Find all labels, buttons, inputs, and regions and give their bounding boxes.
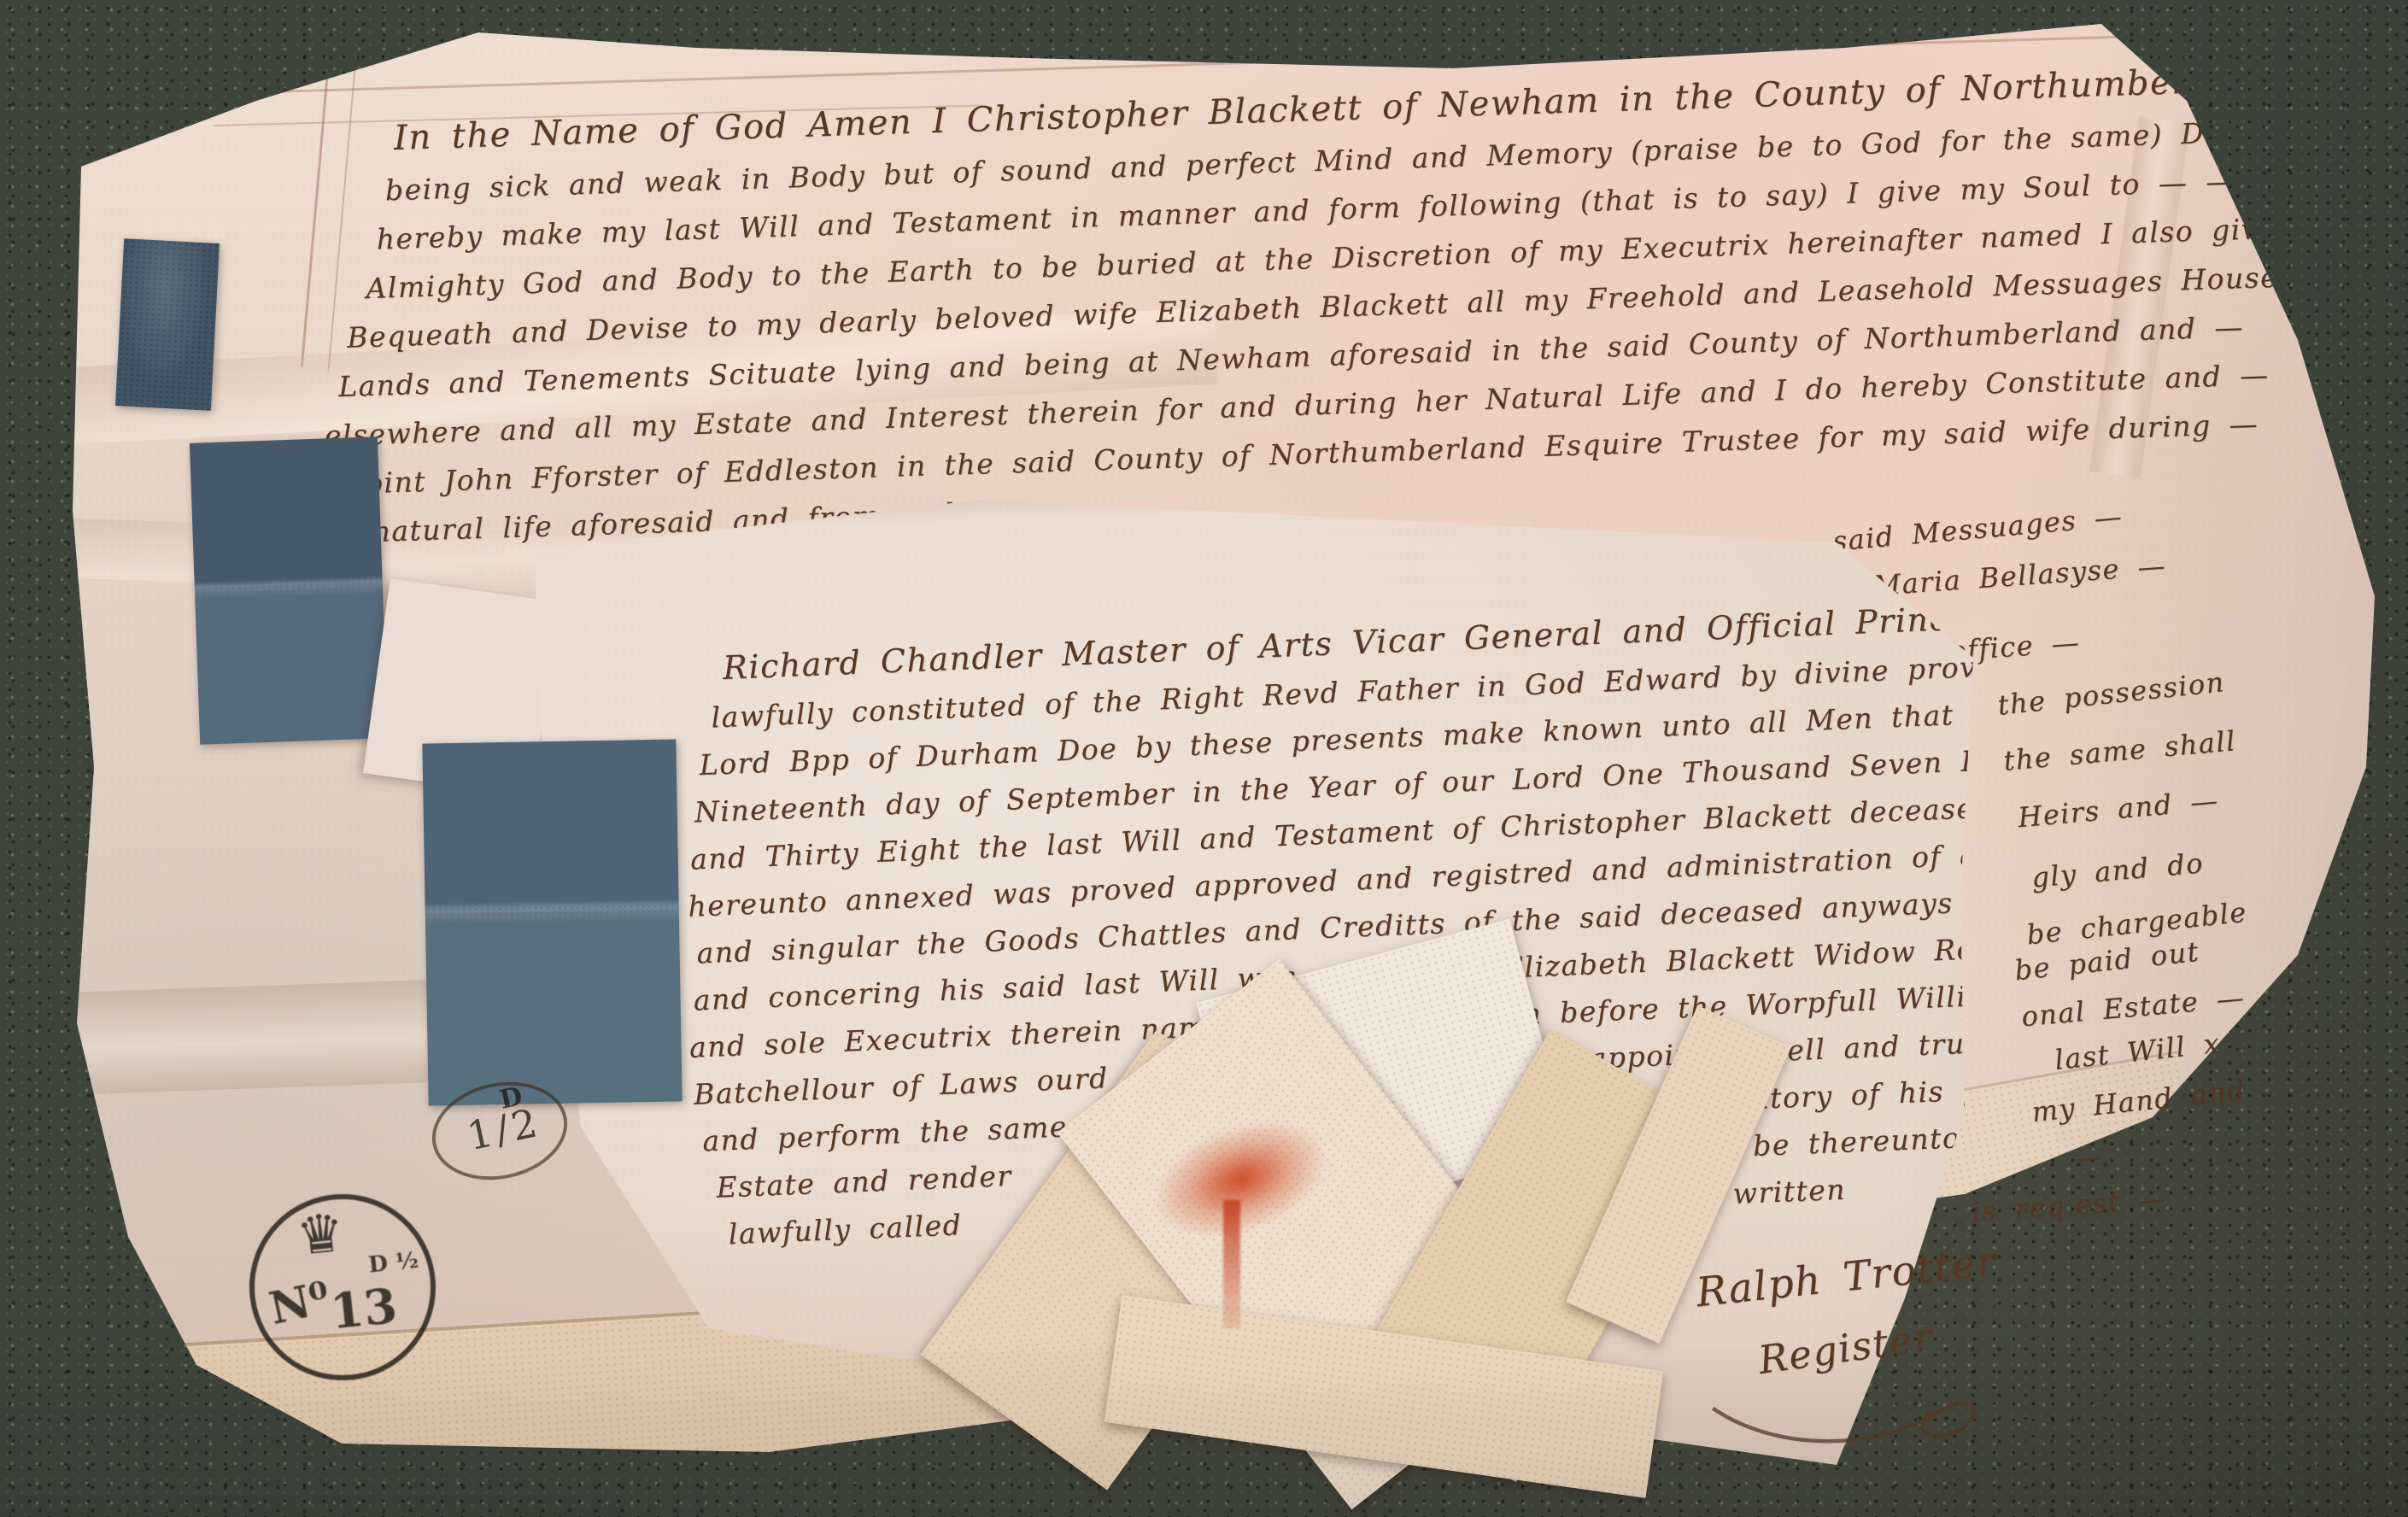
will-fragment-request: is req.est — xyxy=(1971,1182,2167,1228)
margin-rule-vertical-1 xyxy=(301,50,331,367)
crown-stamp-number: 13 xyxy=(328,1278,400,1341)
crown-revenue-stamp: ♛ N⁰ 13 D ½ xyxy=(240,1185,445,1390)
photo-of-manuscript: In the Name of God Amen I Christopher Bl… xyxy=(0,0,2408,1517)
blue-duty-stamp-paper-1 xyxy=(115,238,220,411)
will-fragment-dash: — xyxy=(2073,1140,2104,1174)
blue-duty-stamp-paper-3 xyxy=(422,739,682,1105)
blue-duty-stamp-paper-2 xyxy=(190,436,388,744)
wax-drip xyxy=(1223,1200,1240,1328)
crown-stamp-duty: D ½ xyxy=(367,1248,420,1279)
crown-icon: ♛ xyxy=(294,1201,348,1268)
will-text-block: In the Name of God Amen I Christopher Bl… xyxy=(393,45,2408,555)
